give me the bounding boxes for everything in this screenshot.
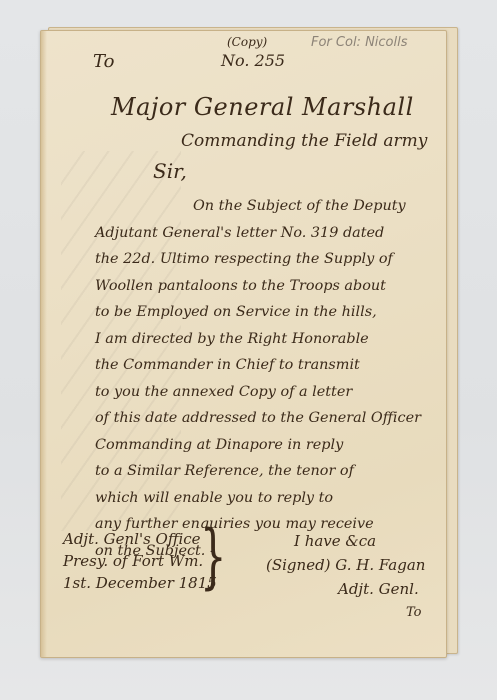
to-footer: To — [266, 601, 425, 625]
body-line: I am directed by the Right Honorable — [95, 326, 455, 353]
body-line: the Commander in Chief to transmit — [95, 352, 455, 379]
body-line: of this date addressed to the General Of… — [95, 405, 455, 432]
body-line: Woollen pantaloons to the Troops about — [95, 273, 455, 300]
letter-body: On the Subject of the Deputy Adjutant Ge… — [95, 193, 455, 564]
office-dateline: Adjt. Genl's Office Presy. of Fort Wm. 1… — [63, 528, 217, 594]
body-line: to a Similar Reference, the tenor of — [95, 458, 455, 485]
office-line: Adjt. Genl's Office — [63, 528, 217, 550]
salutation: Sir, — [153, 159, 187, 183]
pencil-annotation: For Col: Nicolls — [311, 35, 408, 50]
body-line: which will enable you to reply to — [95, 485, 455, 512]
body-line: to be Employed on Service in the hills, — [95, 299, 455, 326]
to-label: To — [93, 51, 114, 72]
office-line: Presy. of Fort Wm. — [63, 550, 217, 572]
date-line: 1st. December 1815 — [63, 572, 217, 594]
body-line: to you the annexed Copy of a letter — [95, 379, 455, 406]
addressee-title: Commanding the Field army — [181, 131, 427, 151]
body-line: the 22d. Ultimo respecting the Supply of — [95, 246, 455, 273]
letter-number: No. 255 — [221, 51, 285, 70]
addressee: Major General Marshall — [111, 93, 414, 121]
copy-note: (Copy) — [227, 35, 267, 49]
body-line: Adjutant General's letter No. 319 dated — [95, 220, 455, 247]
letter-sheet: To (Copy) No. 255 For Col: Nicolls Major… — [40, 30, 447, 658]
body-line: On the Subject of the Deputy — [95, 193, 455, 220]
curly-brace-mark: } — [200, 521, 227, 591]
closing: I have &ca — [266, 529, 425, 553]
signature-block: I have &ca (Signed) G. H. Fagan Adjt. Ge… — [266, 529, 425, 625]
signer-title: Adjt. Genl. — [266, 577, 425, 601]
body-line: Commanding at Dinapore in reply — [95, 432, 455, 459]
signature: (Signed) G. H. Fagan — [266, 553, 425, 577]
